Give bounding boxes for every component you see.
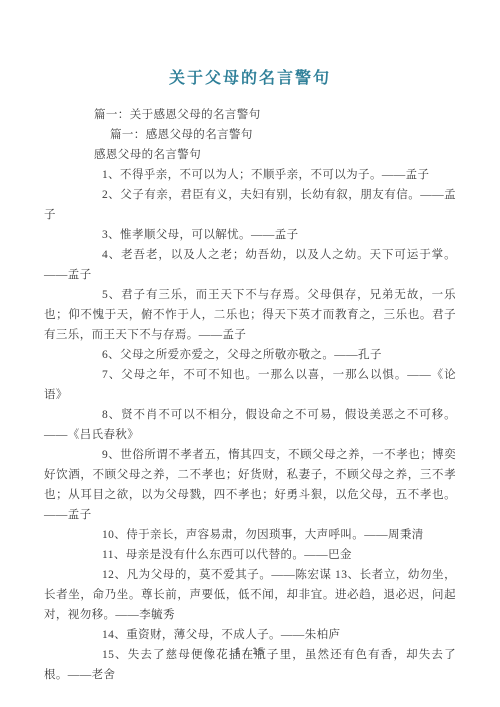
page-number: 1 / 15 bbox=[0, 646, 500, 657]
quote-8: 8、贤不肖不可以不相分，假设命之不可易，假设美恶之不可移。——《吕氏春秋》 bbox=[44, 405, 456, 445]
quote-7: 7、父母之年，不可不知也。一那么以喜，一那么以惧。——《论语》 bbox=[44, 365, 456, 405]
section-heading: 感恩父母的名言警句 bbox=[44, 145, 456, 165]
document-title: 关于父母的名言警句 bbox=[44, 68, 456, 90]
quote-12-13: 12、凡为父母的，莫不爱其子。——陈宏谋 13、长者立，幼勿坐，长者坐，命乃坐。… bbox=[44, 565, 456, 625]
quote-10: 10、侍于亲长，声容易肃，勿因琐事，大声呼叫。——周秉清 bbox=[44, 525, 456, 545]
quote-2: 2、父子有亲，君臣有义，夫妇有别，长幼有叙，朋友有信。——孟子 bbox=[44, 185, 456, 225]
quote-6: 6、父母之所爱亦爱之，父母之所敬亦敬之。——孔子 bbox=[44, 345, 456, 365]
quote-9: 9、世俗所谓不孝者五，惰其四支，不顾父母之养，一不孝也；博奕好饮酒，不顾父母之养… bbox=[44, 445, 456, 525]
document-body: 篇一：关于感恩父母的名言警句 篇一：感恩父母的名言警句 感恩父母的名言警句 1、… bbox=[44, 105, 456, 685]
intro-line-1: 篇一：关于感恩父母的名言警句 bbox=[44, 105, 456, 125]
quote-4: 4、老吾老，以及人之老；幼吾幼，以及人之幼。天下可运于掌。——孟子 bbox=[44, 245, 456, 285]
intro-line-2: 篇一：感恩父母的名言警句 bbox=[44, 125, 456, 145]
document-page: 关于父母的名言警句 篇一：关于感恩父母的名言警句 篇一：感恩父母的名言警句 感恩… bbox=[0, 0, 500, 707]
quote-14: 14、重资财，薄父母，不成人子。——朱柏庐 bbox=[44, 625, 456, 645]
quote-11: 11、母亲是没有什么东西可以代替的。——巴金 bbox=[44, 545, 456, 565]
quote-5: 5、君子有三乐，而王天下不与存焉。父母俱存，兄弟无故，一乐也；仰不愧于天，俯不怍… bbox=[44, 285, 456, 345]
quote-3: 3、惟孝顺父母，可以解忧。——孟子 bbox=[44, 225, 456, 245]
quote-1: 1、不得乎亲，不可以为人；不顺乎亲，不可以为子。——孟子 bbox=[44, 165, 456, 185]
